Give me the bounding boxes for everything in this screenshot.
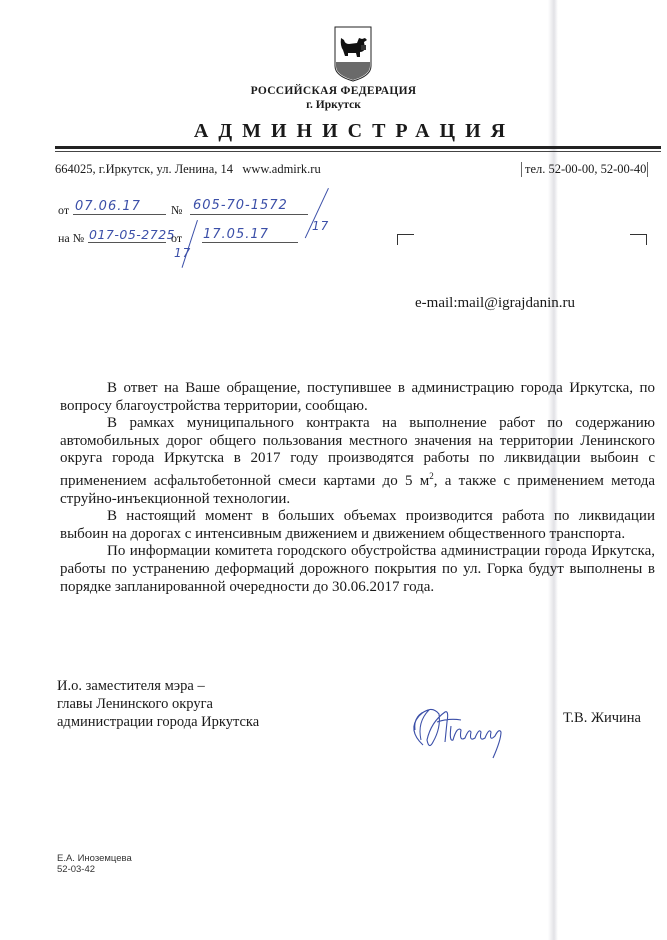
body-paragraph: В настоящий момент в больших объемах про… (60, 508, 655, 543)
organization-title: АДМИНИСТРАЦИЯ (0, 120, 667, 143)
letter-body: В ответ на Ваше обращение, поступившее в… (60, 380, 655, 596)
address-corner-right (630, 234, 647, 245)
in-reply-from-label: от (171, 231, 182, 246)
date-underline (73, 214, 166, 215)
signatory-name: Т.В. Жичина (563, 710, 641, 727)
phone-numbers: тел. 52-00-00, 52-00-40 (521, 162, 648, 177)
address-corner-left (397, 234, 414, 245)
date-label: от (58, 203, 69, 218)
header-rule-thin (55, 151, 661, 152)
position-line: администрации города Иркутска (57, 713, 357, 731)
body-paragraph: По информации комитета городского обустр… (60, 543, 655, 596)
number-label: № (171, 203, 182, 218)
number-underline (190, 214, 308, 215)
position-line: И.о. заместителя мэра – (57, 677, 357, 695)
handwritten-signature-icon (405, 700, 535, 760)
in-reply-date: 17.05.17 (203, 227, 269, 242)
outgoing-number: 605-70-1572 (193, 198, 288, 213)
in-reply-number: 017-05-2725 (89, 227, 175, 242)
executor-phone: 52-03-42 (57, 864, 132, 875)
signatory-position: И.о. заместителя мэра – главы Ленинского… (57, 677, 357, 731)
outgoing-number-suffix: 17 (312, 219, 329, 233)
city-heading: г. Иркутск (0, 99, 667, 111)
header-rule-thick (55, 146, 661, 149)
outgoing-date: 07.06.17 (75, 199, 141, 214)
address-line: 664025, г.Иркутск, ул. Ленина, 14 www.ad… (55, 162, 321, 177)
irkutsk-coat-of-arms-icon (334, 26, 372, 82)
body-paragraph: В рамках муниципального контракта на вып… (60, 415, 655, 508)
website-link[interactable]: www.admirk.ru (242, 162, 320, 176)
body-paragraph: В ответ на Ваше обращение, поступившее в… (60, 380, 655, 415)
position-line: главы Ленинского округа (57, 695, 357, 713)
executor-name: Е.А. Иноземцева (57, 853, 132, 864)
in-reply-slash (182, 220, 198, 268)
in-reply-number-underline (88, 242, 166, 243)
postal-address: 664025, г.Иркутск, ул. Ленина, 14 (55, 162, 233, 176)
in-reply-number-suffix: 17 (174, 246, 191, 260)
recipient-email: e-mail:mail@igrajdanin.ru (415, 295, 575, 312)
in-reply-date-underline (202, 242, 298, 243)
in-reply-label: на № (58, 231, 84, 246)
country-heading: РОССИЙСКАЯ ФЕДЕРАЦИЯ (0, 85, 667, 97)
executor-info: Е.А. Иноземцева 52-03-42 (57, 853, 132, 875)
